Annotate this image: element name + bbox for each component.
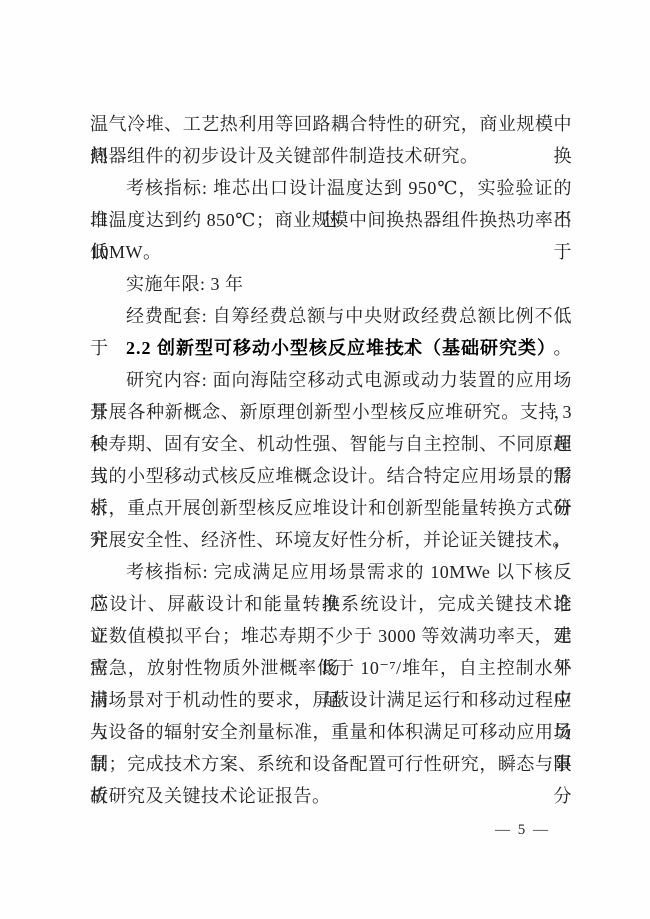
- doc-line: 制；完成技术方案、系统和设备配置可行性研究，瞬态与事故分: [90, 748, 572, 780]
- doc-line: 开展各种新概念、新原理创新型小型核反应堆研究。支持 3 种超: [90, 396, 572, 428]
- doc-line: 长寿期、固有安全、机动性强、智能与自主控制、不同原理与形: [90, 428, 572, 460]
- doc-line: 析，重点开展创新型核反应堆设计和创新型能量转换方式研究，: [90, 492, 572, 524]
- doc-line-duration: 实施年限: 3 年: [90, 268, 572, 300]
- document-body: 温气冷堆、工艺热利用等回路耦合特性的研究，商业规模中间换 热器组件的初步设计及关…: [90, 108, 572, 812]
- doc-line-assessment: 考核指标: 完成满足应用场景需求的 10MWe 以下核反应堆堆: [90, 556, 572, 588]
- doc-line-assessment: 考核指标: 堆芯出口设计温度达到 950℃，实验验证的堆芯出: [90, 172, 572, 204]
- section-heading-2-2: 2.2 创新型可移动小型核反应堆技术（基础研究类）: [90, 332, 572, 364]
- doc-line: 应急，放射性物质外泄概率低于 10⁻⁷/堆年，自主控制水平满足应: [90, 652, 572, 684]
- document-page: 温气冷堆、工艺热利用等回路耦合特性的研究，商业规模中间换 热器组件的初步设计及关…: [0, 0, 650, 919]
- doc-line: 口温度达到约 850℃；商业规模中间换热器组件换热功率不低于: [90, 204, 572, 236]
- doc-line-funding: 经费配套: 自筹经费总额与中央财政经费总额比例不低于 1:1。: [90, 300, 572, 332]
- doc-line: 立数值模拟平台；堆芯寿期不少于 3000 等效满功率天，无需场外: [90, 620, 572, 652]
- doc-line: 温气冷堆、工艺热利用等回路耦合特性的研究，商业规模中间换: [90, 108, 572, 140]
- doc-line-research: 研究内容: 面向海陆空移动式电源或动力装置的应用场景，: [90, 364, 572, 396]
- doc-line: 与设备的辐射安全剂量标准，重量和体积满足可移动应用场景限: [90, 716, 572, 748]
- page-number: — 5 —: [90, 820, 572, 840]
- doc-line: 开展安全性、经济性、环境友好性分析，并论证关键技术。: [90, 524, 572, 556]
- doc-line: 式的小型移动式核反应堆概念设计。结合特定应用场景的需求分: [90, 460, 572, 492]
- doc-line: 用场景对于机动性的要求，屏蔽设计满足运行和移动过程中人员: [90, 684, 572, 716]
- doc-line: 芯设计、屏蔽设计和能量转换系统设计，完成关键技术论证，建: [90, 588, 572, 620]
